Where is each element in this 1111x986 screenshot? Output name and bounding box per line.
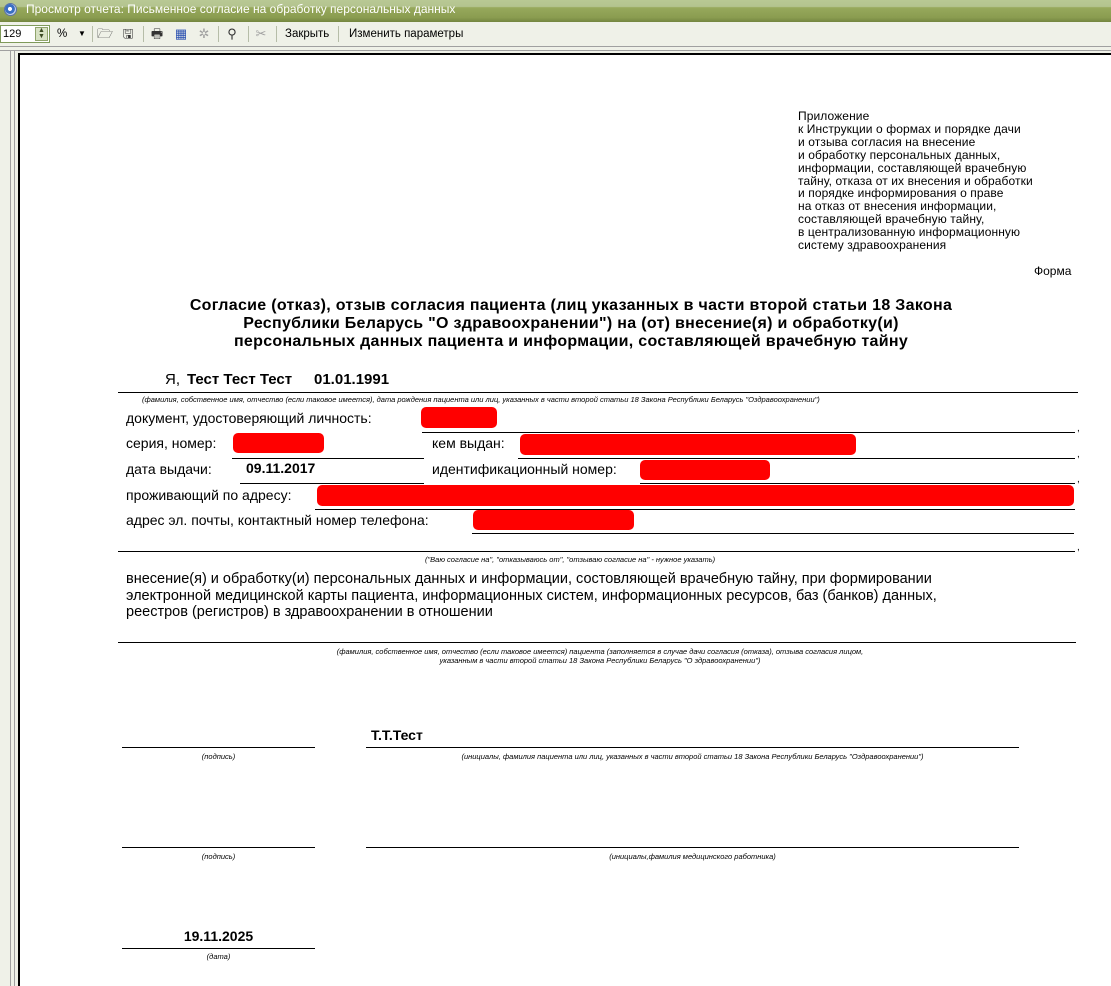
underline — [366, 847, 1019, 848]
save-icon[interactable]: 🖫 — [120, 26, 136, 42]
id-document-label: документ, удостоверяющий личность: — [126, 410, 372, 426]
subject-caption: (фамилия, собственное имя, отчество (есл… — [120, 647, 1080, 665]
form-label: Форма — [1034, 264, 1071, 278]
print-icon[interactable]: 🖶 — [149, 26, 165, 42]
underline — [422, 432, 1075, 433]
address-label: проживающий по адресу: — [126, 487, 291, 503]
redacted-issued-by — [520, 434, 856, 455]
toolbar-divider — [338, 26, 339, 42]
underline — [315, 509, 1075, 510]
toolbar: 129 ▲▼ % ▼ 🗁 🖫 🖶 ▦ ✲ ⚲ ✂ Закрыть Изменит… — [0, 22, 1111, 46]
date-caption: (дата) — [122, 952, 315, 961]
comma: , — [1077, 542, 1080, 553]
issue-date-label: дата выдачи: — [126, 461, 212, 477]
patient-initials: Т.Т.Тест — [371, 727, 423, 743]
date-value: 19.11.2025 — [122, 928, 315, 944]
patient-name: Тест Тест Тест — [187, 371, 292, 388]
consent-caption: ("Ваю согласие на", "отказываюсь от", "о… — [425, 555, 715, 564]
underline — [118, 392, 1078, 393]
id-number-label: идентификационный номер: — [432, 461, 617, 477]
toolbar-divider — [218, 26, 219, 42]
underline — [366, 747, 1019, 748]
patient-dob: 01.01.1991 — [314, 371, 389, 388]
series-number-label: серия, номер: — [126, 435, 216, 451]
signature-caption: (подпись) — [122, 752, 315, 761]
underline — [118, 551, 1075, 552]
underline — [518, 458, 1075, 459]
divider — [14, 50, 15, 986]
zoom-input[interactable]: 129 ▲▼ — [0, 25, 50, 43]
redacted-address — [317, 485, 1074, 506]
open-folder-icon[interactable]: 🗁 — [97, 26, 113, 42]
appendix-text: Приложение к Инструкции о формах и поряд… — [798, 110, 1033, 252]
find-binoculars-icon[interactable]: ⚲ — [224, 26, 240, 42]
issue-date-value: 09.11.2017 — [246, 460, 315, 476]
redacted-contact — [473, 510, 634, 530]
comma: , — [1077, 423, 1080, 434]
issued-by-label: кем выдан: — [432, 435, 505, 451]
redacted-series-number — [233, 433, 324, 453]
patient-caption: (фамилия, собственное имя, отчество (есл… — [142, 395, 820, 404]
signature-line — [122, 747, 315, 748]
toolbar-divider — [92, 26, 93, 42]
document-title: Согласие (отказ), отзыв согласия пациент… — [40, 297, 1102, 351]
change-params-button[interactable]: Изменить параметры — [349, 24, 463, 44]
zoom-value: 129 — [3, 28, 21, 40]
underline — [118, 642, 1076, 643]
consent-text: внесение(я) и обработку(и) персональных … — [126, 571, 937, 621]
i-label: Я, — [165, 371, 180, 388]
chevron-down-icon[interactable]: ▼ — [78, 24, 86, 44]
toolbar-divider — [143, 26, 144, 42]
window-titlebar: Просмотр отчета: Письменное согласие на … — [0, 0, 1111, 22]
comma: , — [1077, 474, 1080, 485]
comma: , — [1077, 449, 1080, 460]
window-title: Просмотр отчета: Письменное согласие на … — [26, 2, 455, 16]
redacted-id-number — [640, 460, 770, 480]
underline — [232, 458, 424, 459]
patient-initials-caption: (инициалы, фамилия пациента или лиц, ука… — [366, 752, 1019, 761]
export-icon[interactable]: ▦ — [173, 26, 189, 42]
divider — [10, 50, 11, 986]
underline — [472, 533, 1074, 534]
zoom-unit-select[interactable]: % — [57, 24, 67, 44]
zoom-spinner[interactable]: ▲▼ — [35, 27, 48, 41]
toolbar-divider — [248, 26, 249, 42]
signature-line — [122, 847, 315, 848]
report-viewer-icon — [4, 3, 17, 16]
toolbar-divider — [276, 26, 277, 42]
divider — [0, 50, 1111, 51]
underline — [240, 483, 424, 484]
redacted-id-document — [421, 407, 497, 428]
divider — [0, 46, 1111, 47]
close-button[interactable]: Закрыть — [285, 24, 329, 44]
date-line — [122, 948, 315, 949]
report-page[interactable]: Приложение к Инструкции о формах и поряд… — [18, 53, 1111, 986]
contact-label: адрес эл. почты, контактный номер телефо… — [126, 512, 429, 528]
settings-gear-icon[interactable]: ✲ — [196, 26, 212, 42]
underline — [640, 483, 1075, 484]
disconnect-icon[interactable]: ✂ — [253, 26, 269, 42]
medic-initials-caption: (инициалы,фамилия медицинского работника… — [366, 852, 1019, 861]
medic-signature-caption: (подпись) — [122, 852, 315, 861]
